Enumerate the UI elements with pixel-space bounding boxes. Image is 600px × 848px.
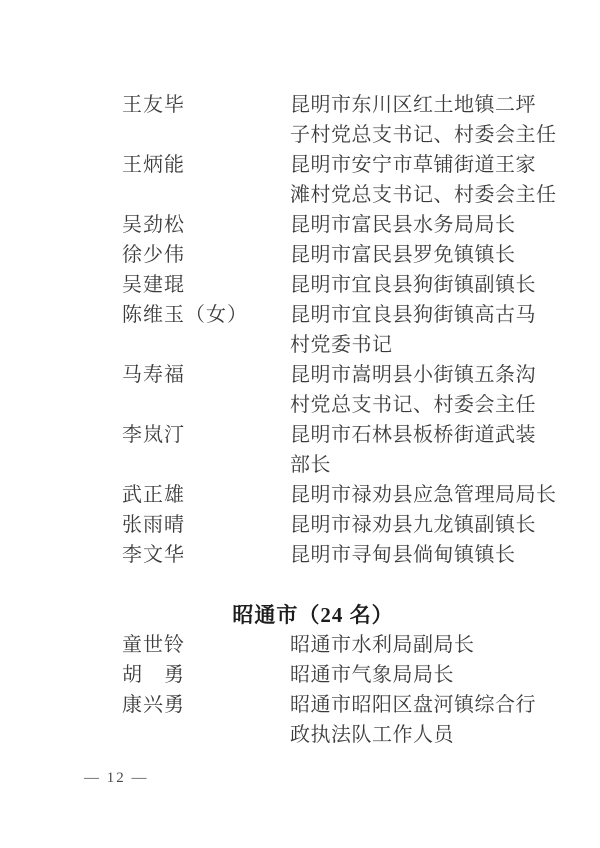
entry-position: 昆明市富民县水务局局长 xyxy=(290,210,516,240)
entry-position: 昆明市寻甸县倘甸镇镇长 xyxy=(290,540,516,570)
list-entry: 吴建琨 昆明市宜良县狗街镇副镇长 xyxy=(0,270,600,300)
entry-position: 昆明市东川区红土地镇二坪 子村党总支书记、村委会主任 xyxy=(290,90,557,150)
document-page: { "document": { "page_number": "— 12 —",… xyxy=(0,0,600,848)
entry-position: 昆明市禄劝县九龙镇副镇长 xyxy=(290,510,536,540)
page-canvas: 王友毕 昆明市东川区红土地镇二坪 子村党总支书记、村委会主任 王炳能 昆明市安宁… xyxy=(0,0,600,848)
list-entry: 马寿福 昆明市嵩明县小街镇五条沟 村党总支书记、村委会主任 xyxy=(0,360,600,420)
entry-position: 昭通市水利局副局长 xyxy=(290,630,475,660)
entry-position: 昆明市石林县板桥街道武装 部长 xyxy=(290,420,536,480)
entry-position-line: 滩村党总支书记、村委会主任 xyxy=(290,180,557,210)
entry-position-line: 部长 xyxy=(290,450,536,480)
entry-position-line: 昆明市嵩明县小街镇五条沟 xyxy=(290,360,536,390)
entry-position-line: 村党委书记 xyxy=(290,330,536,360)
entry-position-line: 村党总支书记、村委会主任 xyxy=(290,390,536,420)
entry-position-line: 昆明市宜良县狗街镇高古马 xyxy=(290,300,536,330)
list-entry: 徐少伟 昆明市富民县罗免镇镇长 xyxy=(0,240,600,270)
entry-position-line: 昭通市气象局局长 xyxy=(290,660,454,690)
list-entry: 胡 勇 昭通市气象局局长 xyxy=(0,660,600,690)
list-entry: 康兴勇 昭通市昭阳区盘河镇综合行 政执法队工作人员 xyxy=(0,690,600,750)
list-entry: 武正雄 昆明市禄劝县应急管理局局长 xyxy=(0,480,600,510)
list-entry: 陈维玉（女） 昆明市宜良县狗街镇高古马 村党委书记 xyxy=(0,300,600,360)
entry-position: 昆明市禄劝县应急管理局局长 xyxy=(290,480,557,510)
entry-name: 陈维玉（女） xyxy=(122,300,290,330)
entry-name: 马寿福 xyxy=(122,360,290,390)
entry-position: 昆明市宜良县狗街镇副镇长 xyxy=(290,270,536,300)
entry-position-line: 昆明市寻甸县倘甸镇镇长 xyxy=(290,540,516,570)
list-entry: 童世铃 昭通市水利局副局长 xyxy=(0,630,600,660)
entry-position: 昆明市嵩明县小街镇五条沟 村党总支书记、村委会主任 xyxy=(290,360,536,420)
entry-name: 康兴勇 xyxy=(122,690,290,720)
section-heading: 昭通市（24 名） xyxy=(0,600,600,630)
entry-name: 吴建琨 xyxy=(122,270,290,300)
entry-position: 昆明市安宁市草铺街道王家 滩村党总支书记、村委会主任 xyxy=(290,150,557,210)
entry-position: 昭通市昭阳区盘河镇综合行 政执法队工作人员 xyxy=(290,690,536,750)
entry-name: 吴劲松 xyxy=(122,210,290,240)
list-entry: 张雨晴 昆明市禄劝县九龙镇副镇长 xyxy=(0,510,600,540)
entry-name: 武正雄 xyxy=(122,480,290,510)
entry-name: 王友毕 xyxy=(122,90,290,120)
list-entry: 王炳能 昆明市安宁市草铺街道王家 滩村党总支书记、村委会主任 xyxy=(0,150,600,210)
entry-name: 徐少伟 xyxy=(122,240,290,270)
list-entry: 李岚汀 昆明市石林县板桥街道武装 部长 xyxy=(0,420,600,480)
entry-position-line: 昆明市禄劝县九龙镇副镇长 xyxy=(290,510,536,540)
entry-position-line: 子村党总支书记、村委会主任 xyxy=(290,120,557,150)
entry-position-line: 昆明市东川区红土地镇二坪 xyxy=(290,90,557,120)
entry-name: 李文华 xyxy=(122,540,290,570)
list-entry: 李文华 昆明市寻甸县倘甸镇镇长 xyxy=(0,540,600,570)
entry-position-line: 昭通市昭阳区盘河镇综合行 xyxy=(290,690,536,720)
entry-position-line: 昆明市安宁市草铺街道王家 xyxy=(290,150,557,180)
entry-name: 童世铃 xyxy=(122,630,290,660)
entry-position-line: 昆明市石林县板桥街道武装 xyxy=(290,420,536,450)
entry-position-line: 昭通市水利局副局长 xyxy=(290,630,475,660)
entry-name: 张雨晴 xyxy=(122,510,290,540)
entry-position: 昆明市富民县罗免镇镇长 xyxy=(290,240,516,270)
list-entry: 吴劲松 昆明市富民县水务局局长 xyxy=(0,210,600,240)
appointment-list: 王友毕 昆明市东川区红土地镇二坪 子村党总支书记、村委会主任 王炳能 昆明市安宁… xyxy=(0,90,600,750)
entry-name: 胡 勇 xyxy=(122,660,290,690)
entry-position-line: 昆明市宜良县狗街镇副镇长 xyxy=(290,270,536,300)
list-entry: 王友毕 昆明市东川区红土地镇二坪 子村党总支书记、村委会主任 xyxy=(0,90,600,150)
entry-position: 昭通市气象局局长 xyxy=(290,660,454,690)
entry-position-line: 政执法队工作人员 xyxy=(290,720,536,750)
entry-name: 王炳能 xyxy=(122,150,290,180)
entry-name: 李岚汀 xyxy=(122,420,290,450)
entry-position-line: 昆明市富民县罗免镇镇长 xyxy=(290,240,516,270)
entry-position-line: 昆明市禄劝县应急管理局局长 xyxy=(290,480,557,510)
entry-position: 昆明市宜良县狗街镇高古马 村党委书记 xyxy=(290,300,536,360)
page-number: — 12 — xyxy=(84,770,149,787)
entry-position-line: 昆明市富民县水务局局长 xyxy=(290,210,516,240)
